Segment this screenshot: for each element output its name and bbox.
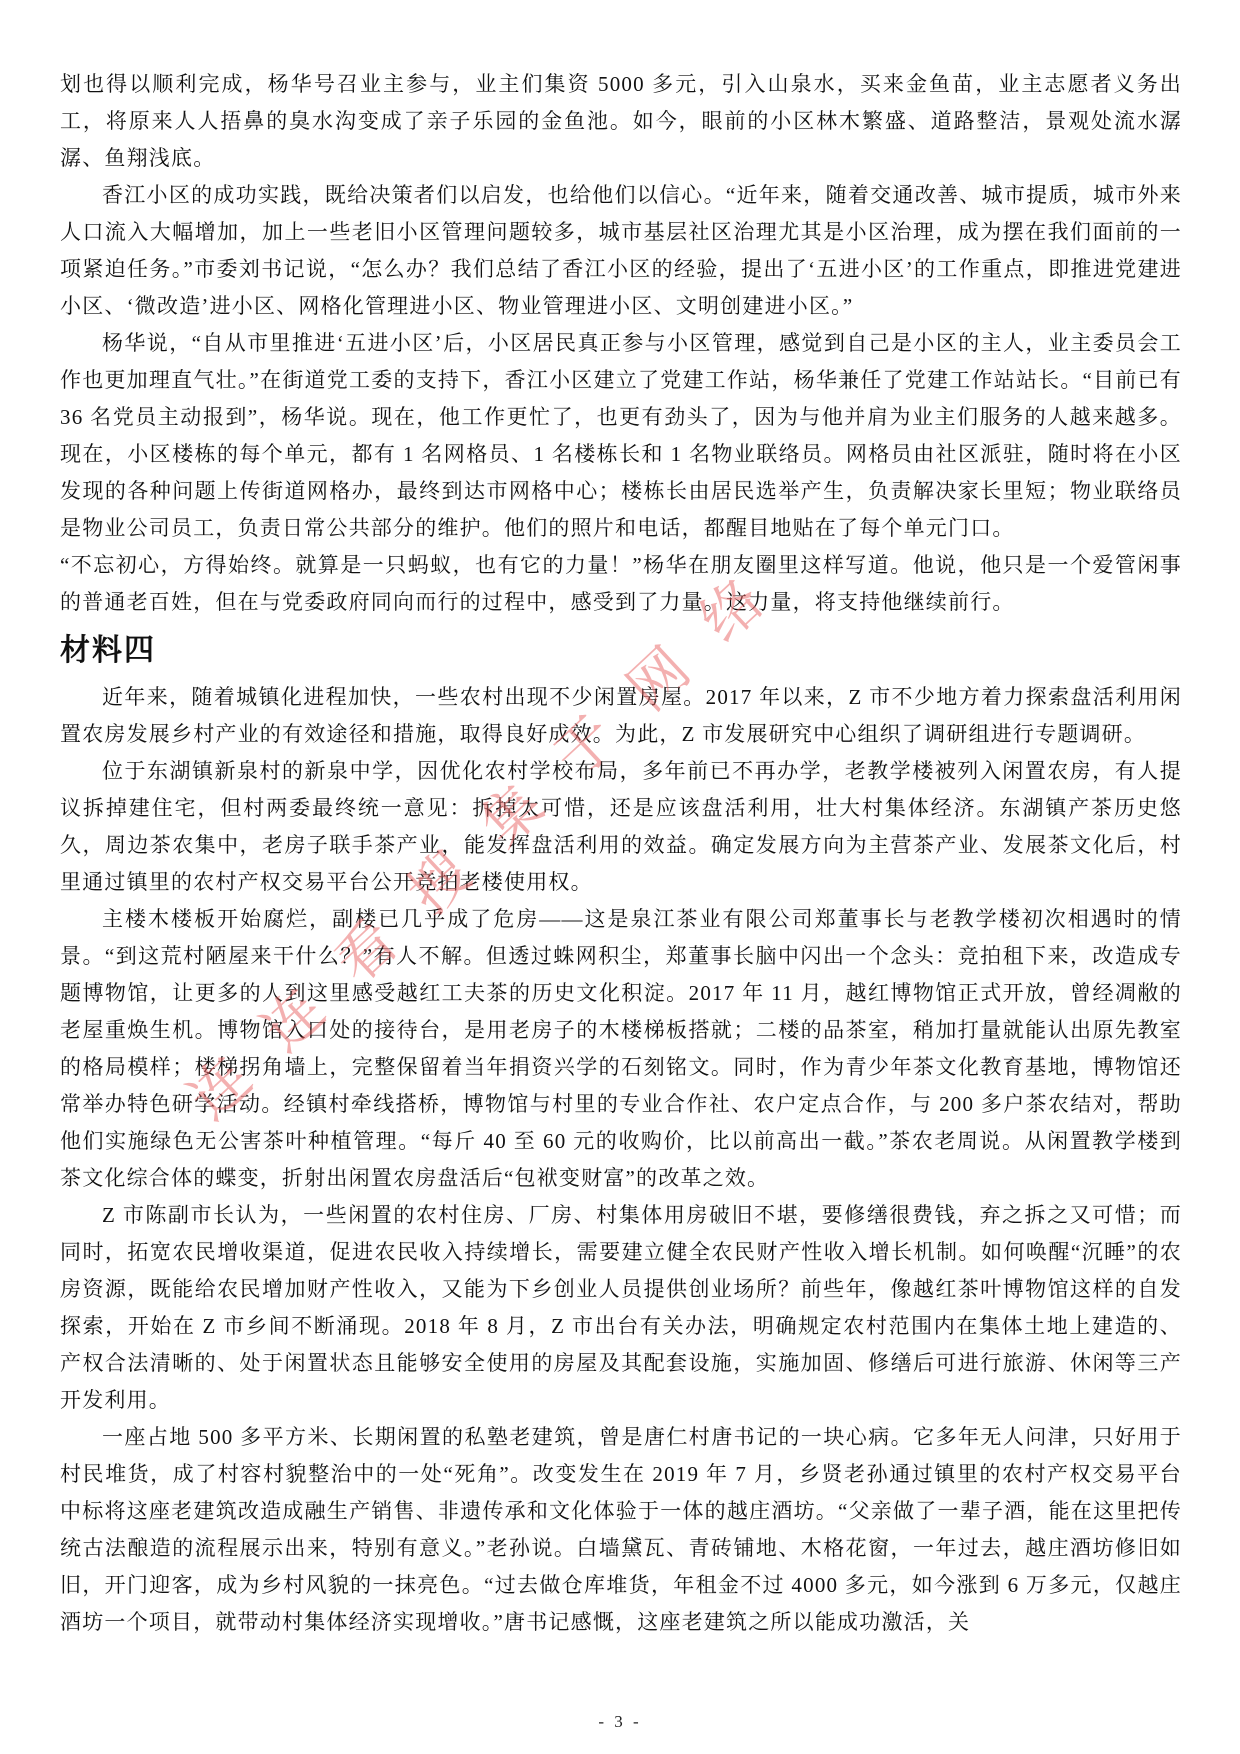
paragraph: 位于东湖镇新泉村的新泉中学，因优化农村学校布局，多年前已不再办学，老教学楼被列入… bbox=[60, 753, 1182, 901]
section-heading-material-4: 材料四 bbox=[60, 631, 1182, 671]
document-page: 连连看搜集于网络 划也得以顺利完成，杨华号召业主参与，业主们集资 5000 多元… bbox=[0, 0, 1240, 1754]
paragraph: 香江小区的成功实践，既给决策者们以启发，也给他们以信心。“近年来，随着交通改善、… bbox=[60, 177, 1182, 325]
paragraph: 主楼木楼板开始腐烂，副楼已几乎成了危房——这是泉江茶业有限公司郑董事长与老教学楼… bbox=[60, 901, 1182, 1197]
paragraph: “不忘初心，方得始终。就算是一只蚂蚁，也有它的力量！”杨华在朋友圈里这样写道。他… bbox=[60, 547, 1182, 621]
paragraph: 划也得以顺利完成，杨华号召业主参与，业主们集资 5000 多元，引入山泉水，买来… bbox=[60, 66, 1182, 177]
paragraph: 一座占地 500 多平方米、长期闲置的私塾老建筑，曾是唐仁村唐书记的一块心病。它… bbox=[60, 1419, 1182, 1641]
document-body: 划也得以顺利完成，杨华号召业主参与，业主们集资 5000 多元，引入山泉水，买来… bbox=[60, 66, 1182, 1641]
page-number: - 3 - bbox=[0, 1712, 1240, 1732]
paragraph: Z 市陈副市长认为，一些闲置的农村住房、厂房、村集体用房破旧不堪，要修缮很费钱，… bbox=[60, 1197, 1182, 1419]
paragraph: 杨华说，“自从市里推进‘五进小区’后，小区居民真正参与小区管理，感觉到自己是小区… bbox=[60, 325, 1182, 547]
paragraph: 近年来，随着城镇化进程加快，一些农村出现不少闲置房屋。2017 年以来，Z 市不… bbox=[60, 679, 1182, 753]
